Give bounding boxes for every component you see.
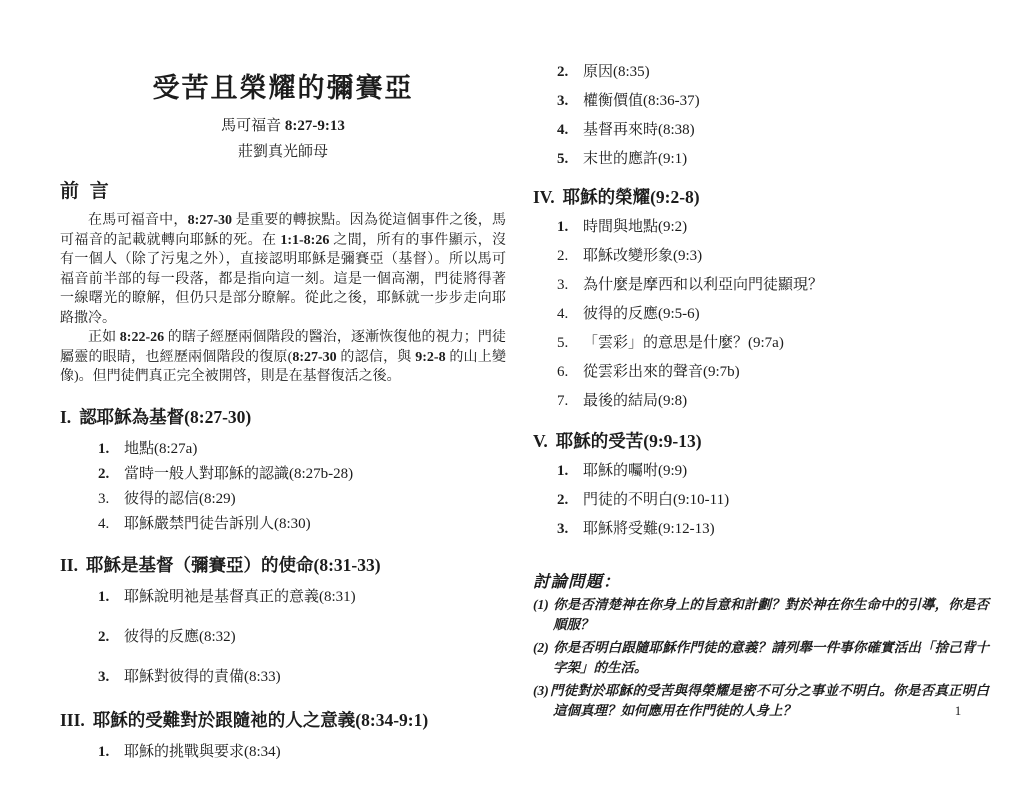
item-text: 為什麼是摩西和以利亞向門徒顯現？ — [583, 277, 823, 293]
item-text: 權衡價值(8:36-37) — [583, 93, 700, 109]
item-text: 基督再來時(8:38) — [583, 122, 695, 138]
section-title: 耶穌的榮耀(9:2-8) — [563, 187, 700, 207]
item-text: 耶穌對彼得的責備(8:33) — [124, 669, 281, 685]
section-3-items-left: 1.耶穌的挑戰與要求(8:34) — [98, 742, 506, 763]
item-number: 2. — [98, 627, 124, 648]
item-text: 原因(8:35) — [583, 64, 650, 80]
section-5-items: 1.耶穌的囑咐(9:9) 2.門徒的不明白(9:10-11) 3.耶穌將受難(9… — [557, 461, 989, 540]
item-number: 3. — [557, 91, 583, 112]
item-number: 2. — [557, 490, 583, 511]
outline-item: 3.為什麼是摩西和以利亞向門徒顯現？ — [557, 275, 989, 296]
outline-item: 4.基督再來時(8:38) — [557, 120, 989, 141]
item-number: 3. — [98, 489, 124, 510]
page-number: 1 — [948, 703, 968, 719]
item-number: 6. — [557, 362, 583, 383]
item-text: 耶穌改變形象(9:3) — [583, 248, 702, 264]
item-number: 4. — [557, 304, 583, 325]
intro-paragraph-1: 在馬可福音中，8:27-30 是重要的轉捩點。因為從這個事件之後，馬可福音的記載… — [60, 211, 506, 328]
discussion-heading: 討論問題： — [533, 568, 989, 592]
item-number: 3. — [557, 275, 583, 296]
item-text: 彼得的認信(8:29) — [124, 491, 236, 507]
outline-item: 1.耶穌的挑戰與要求(8:34) — [98, 742, 506, 763]
outline-item: 3.耶穌對彼得的責備(8:33) — [98, 667, 506, 688]
item-text: 時間與地點(9:2) — [583, 219, 687, 235]
outline-item: 3.耶穌將受難(9:12-13) — [557, 519, 989, 540]
item-number: 1. — [557, 217, 583, 238]
item-text: 耶穌的挑戰與要求(8:34) — [124, 744, 281, 760]
item-text: 末世的應許(9:1) — [583, 151, 687, 167]
intro-heading: 前 言 — [60, 176, 506, 203]
item-text: 彼得的反應(8:32) — [124, 629, 236, 645]
item-number: 1. — [98, 742, 124, 763]
section-numeral: III. — [60, 710, 85, 731]
item-number: 1. — [98, 587, 124, 608]
section-heading-1: I.認耶穌為基督(8:27-30) — [60, 404, 506, 429]
item-text: 耶穌說明祂是基督真正的意義(8:31) — [124, 589, 356, 605]
outline-item: 1.地點(8:27a) — [98, 439, 506, 460]
item-number: 2. — [557, 246, 583, 267]
item-number: 1. — [557, 461, 583, 482]
question-text: 你是否清楚神在你身上的旨意和計劃？對於神在你生命中的引導，你是否順服？ — [553, 597, 989, 632]
section-numeral: II. — [60, 555, 78, 576]
item-number: 3. — [557, 519, 583, 540]
section-numeral: V. — [533, 431, 548, 452]
outline-item: 2.耶穌改變形象(9:3) — [557, 246, 989, 267]
item-text: 彼得的反應(9:5-6) — [583, 306, 700, 322]
outline-item: 1.耶穌說明祂是基督真正的意義(8:31) — [98, 587, 506, 608]
outline-item: 3.權衡價值(8:36-37) — [557, 91, 989, 112]
right-column: 2.原因(8:35) 3.權衡價值(8:36-37) 4.基督再來時(8:38)… — [533, 58, 989, 721]
question-number: (2) — [533, 638, 553, 658]
document-title: 受苦且榮耀的彌賽亞 — [60, 66, 506, 105]
section-2-items: 1.耶穌說明祂是基督真正的意義(8:31) 2.彼得的反應(8:32) 3.耶穌… — [98, 587, 506, 688]
section-3-items-right: 2.原因(8:35) 3.權衡價值(8:36-37) 4.基督再來時(8:38)… — [557, 62, 989, 170]
outline-item: 4.彼得的反應(9:5-6) — [557, 304, 989, 325]
item-text: 「雲彩」的意思是什麼？(9:7a) — [583, 335, 784, 351]
item-number: 2. — [98, 464, 124, 485]
outline-item: 2.原因(8:35) — [557, 62, 989, 83]
outline-item: 2.當時一般人對耶穌的認識(8:27b-28) — [98, 464, 506, 485]
outline-item: 1.耶穌的囑咐(9:9) — [557, 461, 989, 482]
scripture-reference: 馬可福音 8:27-9:13 — [60, 114, 506, 135]
outline-item: 5.「雲彩」的意思是什麼？(9:7a) — [557, 333, 989, 354]
item-number: 5. — [557, 333, 583, 354]
item-text: 耶穌將受難(9:12-13) — [583, 521, 715, 537]
left-column: 受苦且榮耀的彌賽亞 馬可福音 8:27-9:13 莊劉真光師母 前 言 在馬可福… — [60, 66, 506, 767]
section-1-items: 1.地點(8:27a) 2.當時一般人對耶穌的認識(8:27b-28) 3.彼得… — [98, 439, 506, 535]
item-number: 1. — [98, 439, 124, 460]
section-heading-5: V.耶穌的受苦(9:9-13) — [533, 428, 989, 453]
item-number: 5. — [557, 149, 583, 170]
item-number: 4. — [557, 120, 583, 141]
item-text: 耶穌嚴禁門徒告訴別人(8:30) — [124, 516, 311, 532]
section-numeral: IV. — [533, 187, 555, 208]
intro-paragraph-2: 正如 8:22-26 的瞎子經歷兩個階段的醫治，逐漸恢復他的視力；門徒屬靈的眼睛… — [60, 328, 506, 387]
item-number: 7. — [557, 391, 583, 412]
discussion-section: 討論問題： (1)你是否清楚神在你身上的旨意和計劃？對於神在你生命中的引導，你是… — [533, 568, 989, 721]
section-4-items: 1.時間與地點(9:2) 2.耶穌改變形象(9:3) 3.為什麼是摩西和以利亞向… — [557, 217, 989, 412]
outline-item: 2.彼得的反應(8:32) — [98, 627, 506, 648]
item-text: 門徒的不明白(9:10-11) — [583, 492, 729, 508]
section-heading-4: IV.耶穌的榮耀(9:2-8) — [533, 184, 989, 209]
section-heading-2: II.耶穌是基督（彌賽亞）的使命(8:31-33) — [60, 552, 506, 577]
section-title: 耶穌的受苦(9:9-13) — [556, 431, 702, 451]
question-number: (3) — [533, 681, 549, 701]
author-name: 莊劉真光師母 — [60, 140, 506, 161]
section-numeral: I. — [60, 407, 71, 428]
outline-item: 4.耶穌嚴禁門徒告訴別人(8:30) — [98, 514, 506, 535]
section-heading-3: III.耶穌的受難對於跟隨祂的人之意義(8:34-9:1) — [60, 707, 506, 732]
outline-item: 7.最後的結局(9:8) — [557, 391, 989, 412]
item-number: 3. — [98, 667, 124, 688]
outline-item: 1.時間與地點(9:2) — [557, 217, 989, 238]
outline-item: 3.彼得的認信(8:29) — [98, 489, 506, 510]
document-page: 受苦且榮耀的彌賽亞 馬可福音 8:27-9:13 莊劉真光師母 前 言 在馬可福… — [0, 0, 1024, 791]
outline-item: 6.從雲彩出來的聲音(9:7b) — [557, 362, 989, 383]
item-text: 地點(8:27a) — [124, 441, 197, 457]
discussion-question: (1)你是否清楚神在你身上的旨意和計劃？對於神在你生命中的引導，你是否順服？ — [533, 595, 989, 635]
item-text: 從雲彩出來的聲音(9:7b) — [583, 364, 740, 380]
outline-item: 2.門徒的不明白(9:10-11) — [557, 490, 989, 511]
question-text: 門徒對於耶穌的受苦與得榮耀是密不可分之事並不明白。你是否真正明白這個真理？如何應… — [550, 683, 989, 718]
item-number: 4. — [98, 514, 124, 535]
discussion-question: (3)門徒對於耶穌的受苦與得榮耀是密不可分之事並不明白。你是否真正明白這個真理？… — [533, 681, 989, 721]
section-title: 耶穌是基督（彌賽亞）的使命(8:31-33) — [86, 555, 381, 575]
question-text: 你是否明白跟隨耶穌作門徒的意義？請列舉一件事你確實活出「捨己背十字架」的生活。 — [553, 640, 989, 675]
section-title: 耶穌的受難對於跟隨祂的人之意義(8:34-9:1) — [93, 710, 428, 730]
item-number: 2. — [557, 62, 583, 83]
outline-item: 5.末世的應許(9:1) — [557, 149, 989, 170]
discussion-question: (2)你是否明白跟隨耶穌作門徒的意義？請列舉一件事你確實活出「捨己背十字架」的生… — [533, 638, 989, 678]
item-text: 當時一般人對耶穌的認識(8:27b-28) — [124, 466, 353, 482]
item-text: 最後的結局(9:8) — [583, 393, 687, 409]
item-text: 耶穌的囑咐(9:9) — [583, 463, 687, 479]
section-title: 認耶穌為基督(8:27-30) — [79, 407, 251, 427]
question-number: (1) — [533, 595, 553, 615]
